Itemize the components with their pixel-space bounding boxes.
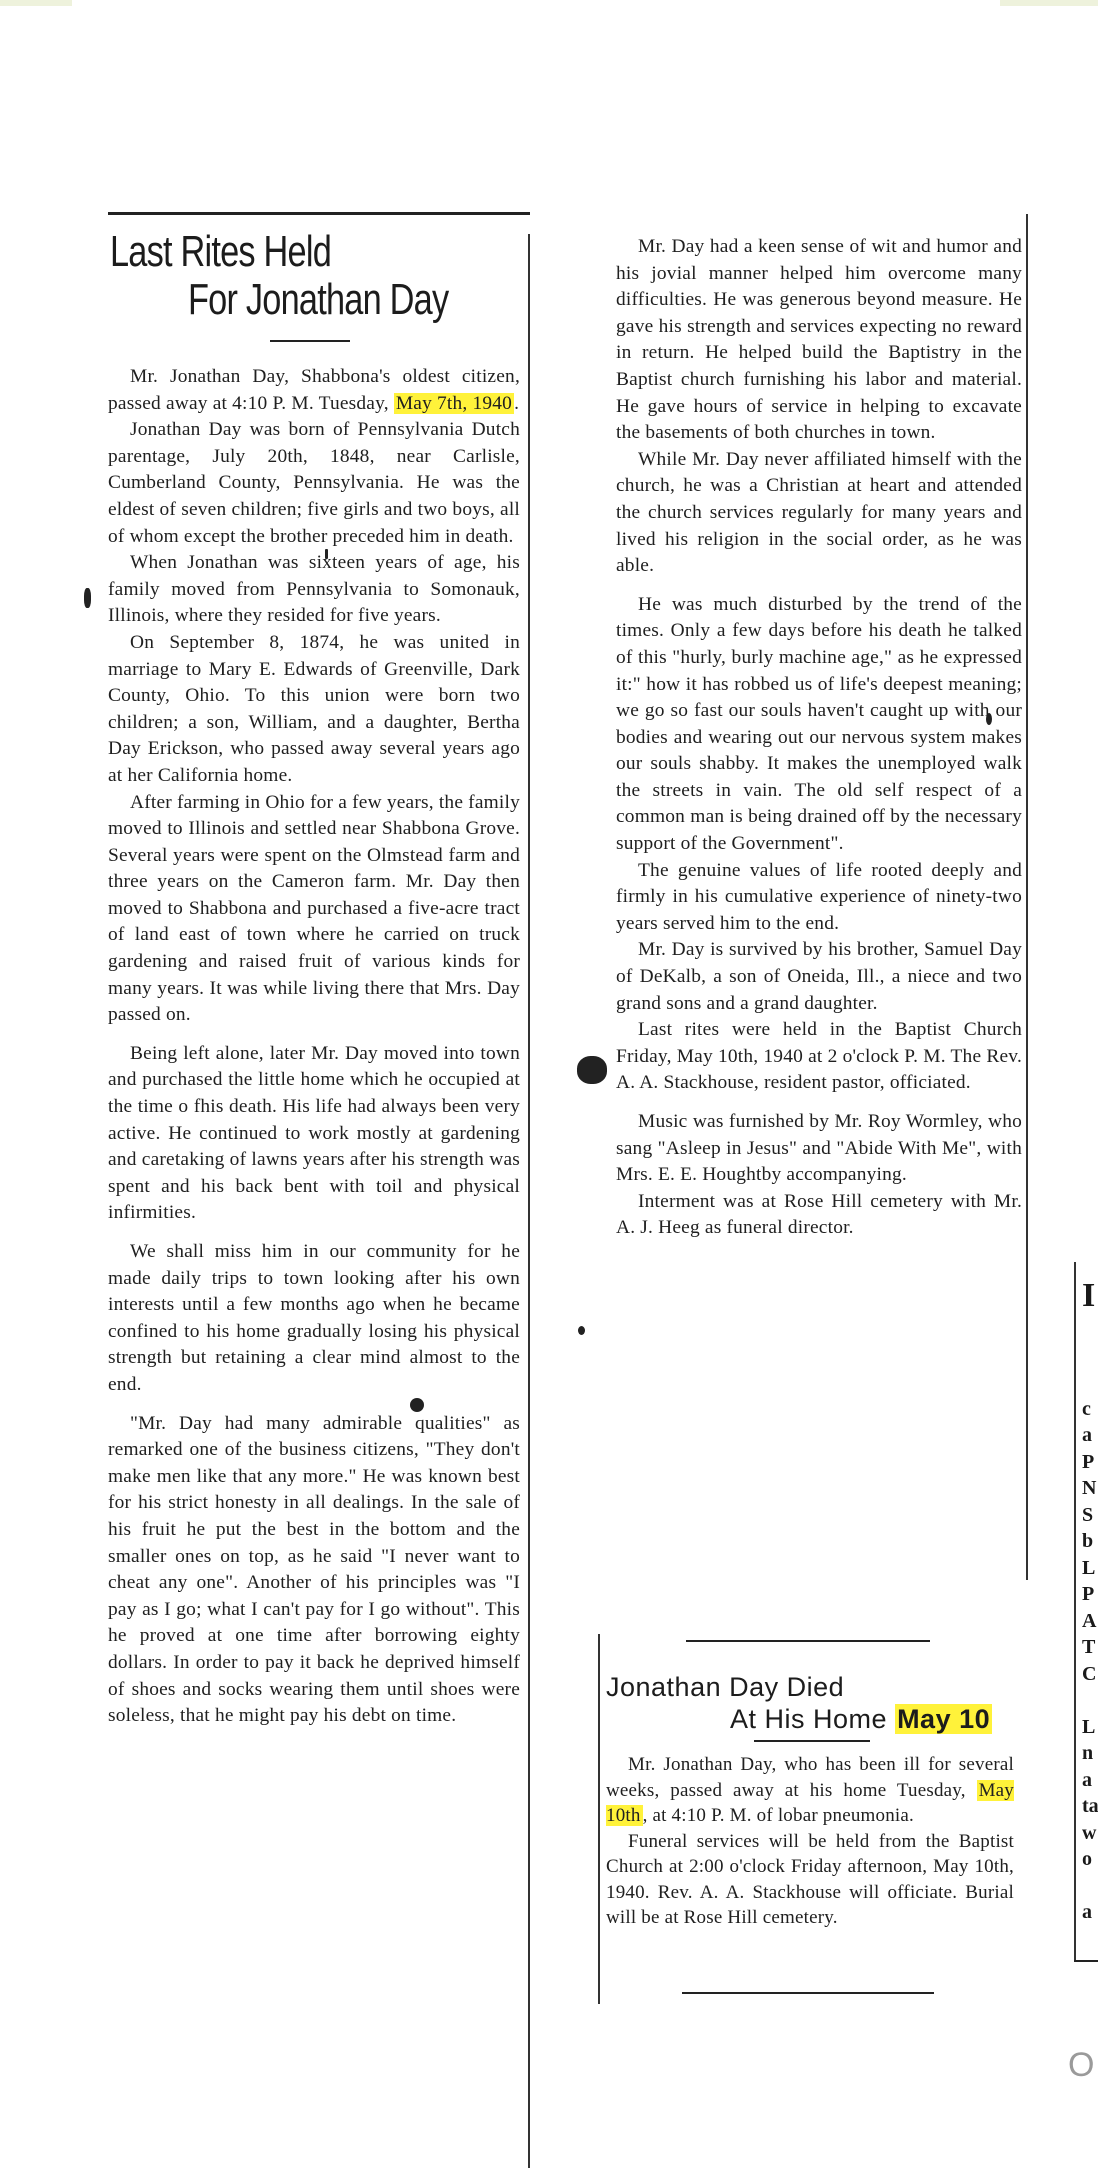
article-body-left: Mr. Jonathan Day, Shabbona's oldest citi… [108,364,520,1730]
clipped-letter: S [1082,1502,1098,1529]
clipped-letter [1082,1316,1098,1343]
clipped-letter: b [1082,1528,1098,1555]
paragraph-text: , at 4:10 P. M. of lobar pneumonia. [643,1805,914,1826]
headline-line-2: For Jonathan Day [188,278,448,322]
paragraph: Music was furnished by Mr. Roy Wormley, … [616,1109,1022,1189]
ink-blot [577,1056,607,1084]
clipped-letter: C [1082,1661,1098,1688]
column-border-right [1026,214,1028,1580]
clipped-letter: n [1082,1740,1098,1767]
clipped-letter: L [1082,1714,1098,1741]
date-highlight: May 7th, 1940 [394,393,514,414]
clipped-letter: ta [1082,1793,1098,1820]
ink-blot [410,1398,424,1412]
paragraph-text: . [514,393,519,414]
clipped-letter: T [1082,1634,1098,1661]
paragraph: Mr. Day is survived by his brother, Samu… [616,937,1022,1017]
clipped-letter: I [1082,1276,1098,1316]
paragraph: Mr. Jonathan Day, Shabbona's oldest citi… [108,364,520,417]
headline-line-1: Jonathan Day Died [606,1674,844,1701]
paragraph: Being left alone, later Mr. Day moved in… [108,1041,520,1227]
clipped-letter: a [1082,1767,1098,1794]
clipped-letter: N [1082,1475,1098,1502]
clipped-letter: a [1082,1899,1098,1926]
clipped-letter: c [1082,1396,1098,1423]
paragraph: While Mr. Day never affiliated himself w… [616,447,1022,580]
paragraph: After farming in Ohio for a few years, t… [108,790,520,1029]
paragraph: On September 8, 1874, he was united in m… [108,630,520,790]
headline-separator-rule [754,1740,870,1742]
paragraph: Funeral services will be held from the B… [606,1829,1014,1931]
paragraph: Mr. Day had a keen sense of wit and humo… [616,234,1022,447]
clipped-letter: w [1082,1820,1098,1847]
headline-line-2: At His Home May 10 [730,1706,992,1733]
headline-line-1: Last Rites Held [110,230,331,274]
headline-separator-rule [270,340,350,342]
clipped-letter [1082,1687,1098,1714]
headline-top-rule [686,1640,930,1642]
scan-edge-tint-right [1000,0,1098,6]
stamp-fragment: O [1068,2046,1094,2085]
column-end-rule [1074,1960,1098,1962]
column-border-right [528,234,530,2168]
paragraph: Jonathan Day was born of Pennsylvania Du… [108,417,520,550]
headline-line-2-text: At His Home [730,1704,887,1734]
clipped-letter [1082,1369,1098,1396]
clipped-letter [1082,1343,1098,1370]
paragraph: We shall miss him in our community for h… [108,1239,520,1399]
paragraph: When Jonathan was sixteen years of age, … [108,550,520,630]
clipped-letter: P [1082,1581,1098,1608]
clipped-letter: A [1082,1608,1098,1635]
clipped-text-fragments: I caPNSbLPATC Lnatawo a [1082,1276,1098,1926]
paragraph: Last rites were held in the Baptist Chur… [616,1017,1022,1097]
clipped-letter [1082,1873,1098,1900]
ink-blot [325,549,328,559]
paragraph: Interment was at Rose Hill cemetery with… [616,1189,1022,1242]
column-border-left [1074,1262,1076,1962]
headline-date-highlight: May 10 [895,1704,992,1734]
paragraph-text: Mr. Jonathan Day, who has been ill for s… [606,1754,1014,1801]
ink-blot [578,1326,585,1335]
clipped-letter: o [1082,1846,1098,1873]
clipped-letter: L [1082,1555,1098,1582]
scan-edge-tint-left [0,0,72,6]
article-end-rule [682,1992,934,1994]
headline-top-rule [108,212,530,215]
box-border-left [598,1634,600,2004]
article-2-body: Mr. Jonathan Day, who has been ill for s… [606,1752,1014,1931]
paragraph: The genuine values of life rooted deeply… [616,858,1022,938]
ink-blot [986,713,992,725]
paragraph: He was much disturbed by the trend of th… [616,592,1022,858]
paragraph: "Mr. Day had many admirable qualities" a… [108,1411,520,1730]
ink-blot [84,588,91,608]
article-body-right: Mr. Day had a keen sense of wit and humo… [616,234,1022,1242]
clipped-letter: a [1082,1422,1098,1449]
clipped-letter: P [1082,1449,1098,1476]
paragraph: Mr. Jonathan Day, who has been ill for s… [606,1752,1014,1829]
